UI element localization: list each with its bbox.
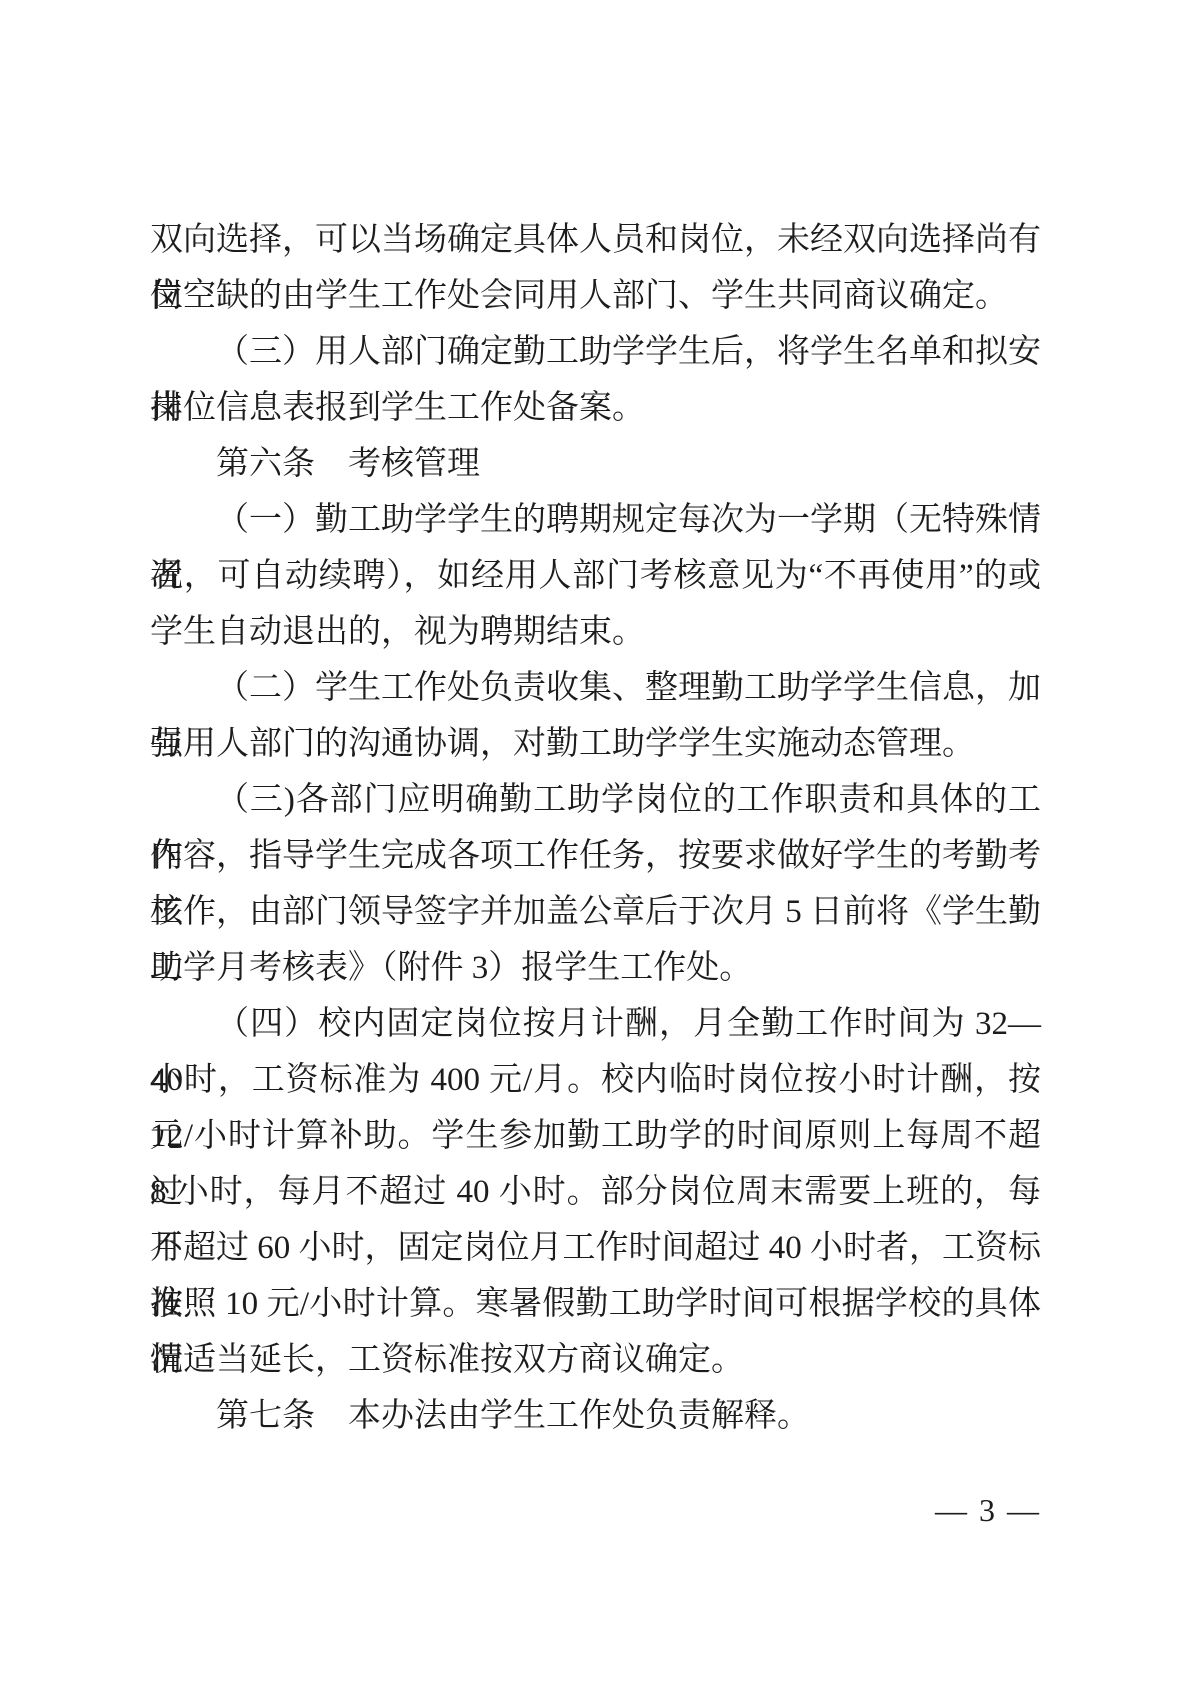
text-line: 工作，由部门领导签字并加盖公章后于次月 5 日前将《学生勤工 [150,884,1041,940]
text-line: 与用人部门的沟通协调，对勤工助学学生实施动态管理。 [150,716,1041,772]
text-line: 助学月考核表》（附件 3）报学生工作处。 [150,940,1041,996]
text-line: 小时，工资标准为 400 元/月。校内临时岗位按小时计酬，按 12 [150,1052,1041,1108]
text-line: （三)各部门应明确勤工助学岗位的工作职责和具体的工作 [150,772,1041,828]
text-line: 第六条 考核管理 [150,436,1041,492]
text-line: 况适当延长，工资标准按双方商议确定。 [150,1332,1041,1388]
text-line: 学生自动退出的，视为聘期结束。 [150,604,1041,660]
text-line: 第七条 本办法由学生工作处负责解释。 [150,1388,1041,1444]
page-number: — 3 — [150,1492,1041,1529]
text-line: 岗位信息表报到学生工作处备案。 [150,380,1041,436]
text-line: 按照 10 元/小时计算。寒暑假勤工助学时间可根据学校的具体情 [150,1276,1041,1332]
text-line: （三）用人部门确定勤工助学学生后，将学生名单和拟安排 [150,324,1041,380]
text-line: 内容，指导学生完成各项工作任务，按要求做好学生的考勤考核 [150,828,1041,884]
text-line: 位空缺的由学生工作处会同用人部门、学生共同商议确定。 [150,268,1041,324]
text-line: （二）学生工作处负责收集、整理勤工助学学生信息，加强 [150,660,1041,716]
document-page: 双向选择，可以当场确定具体人员和岗位，未经双向选择尚有岗位空缺的由学生工作处会同… [0,0,1191,1684]
text-line: 元/小时计算补助。学生参加勤工助学的时间原则上每周不超过 [150,1108,1041,1164]
text-line: （一）勤工助学学生的聘期规定每次为一学期（无特殊情况 [150,492,1041,548]
text-line: 双向选择，可以当场确定具体人员和岗位，未经双向选择尚有岗 [150,212,1041,268]
text-line: 者，可自动续聘），如经用人部门考核意见为“不再使用”的或 [150,548,1041,604]
text-lines: 双向选择，可以当场确定具体人员和岗位，未经双向选择尚有岗位空缺的由学生工作处会同… [150,212,1041,1444]
text-line: （四）校内固定岗位按月计酬，月全勤工作时间为 32—40 [150,996,1041,1052]
text-line: 不超过 60 小时，固定岗位月工作时间超过 40 小时者，工资标准 [150,1220,1041,1276]
text-line: 8 小时，每月不超过 40 小时。部分岗位周末需要上班的，每月 [150,1164,1041,1220]
